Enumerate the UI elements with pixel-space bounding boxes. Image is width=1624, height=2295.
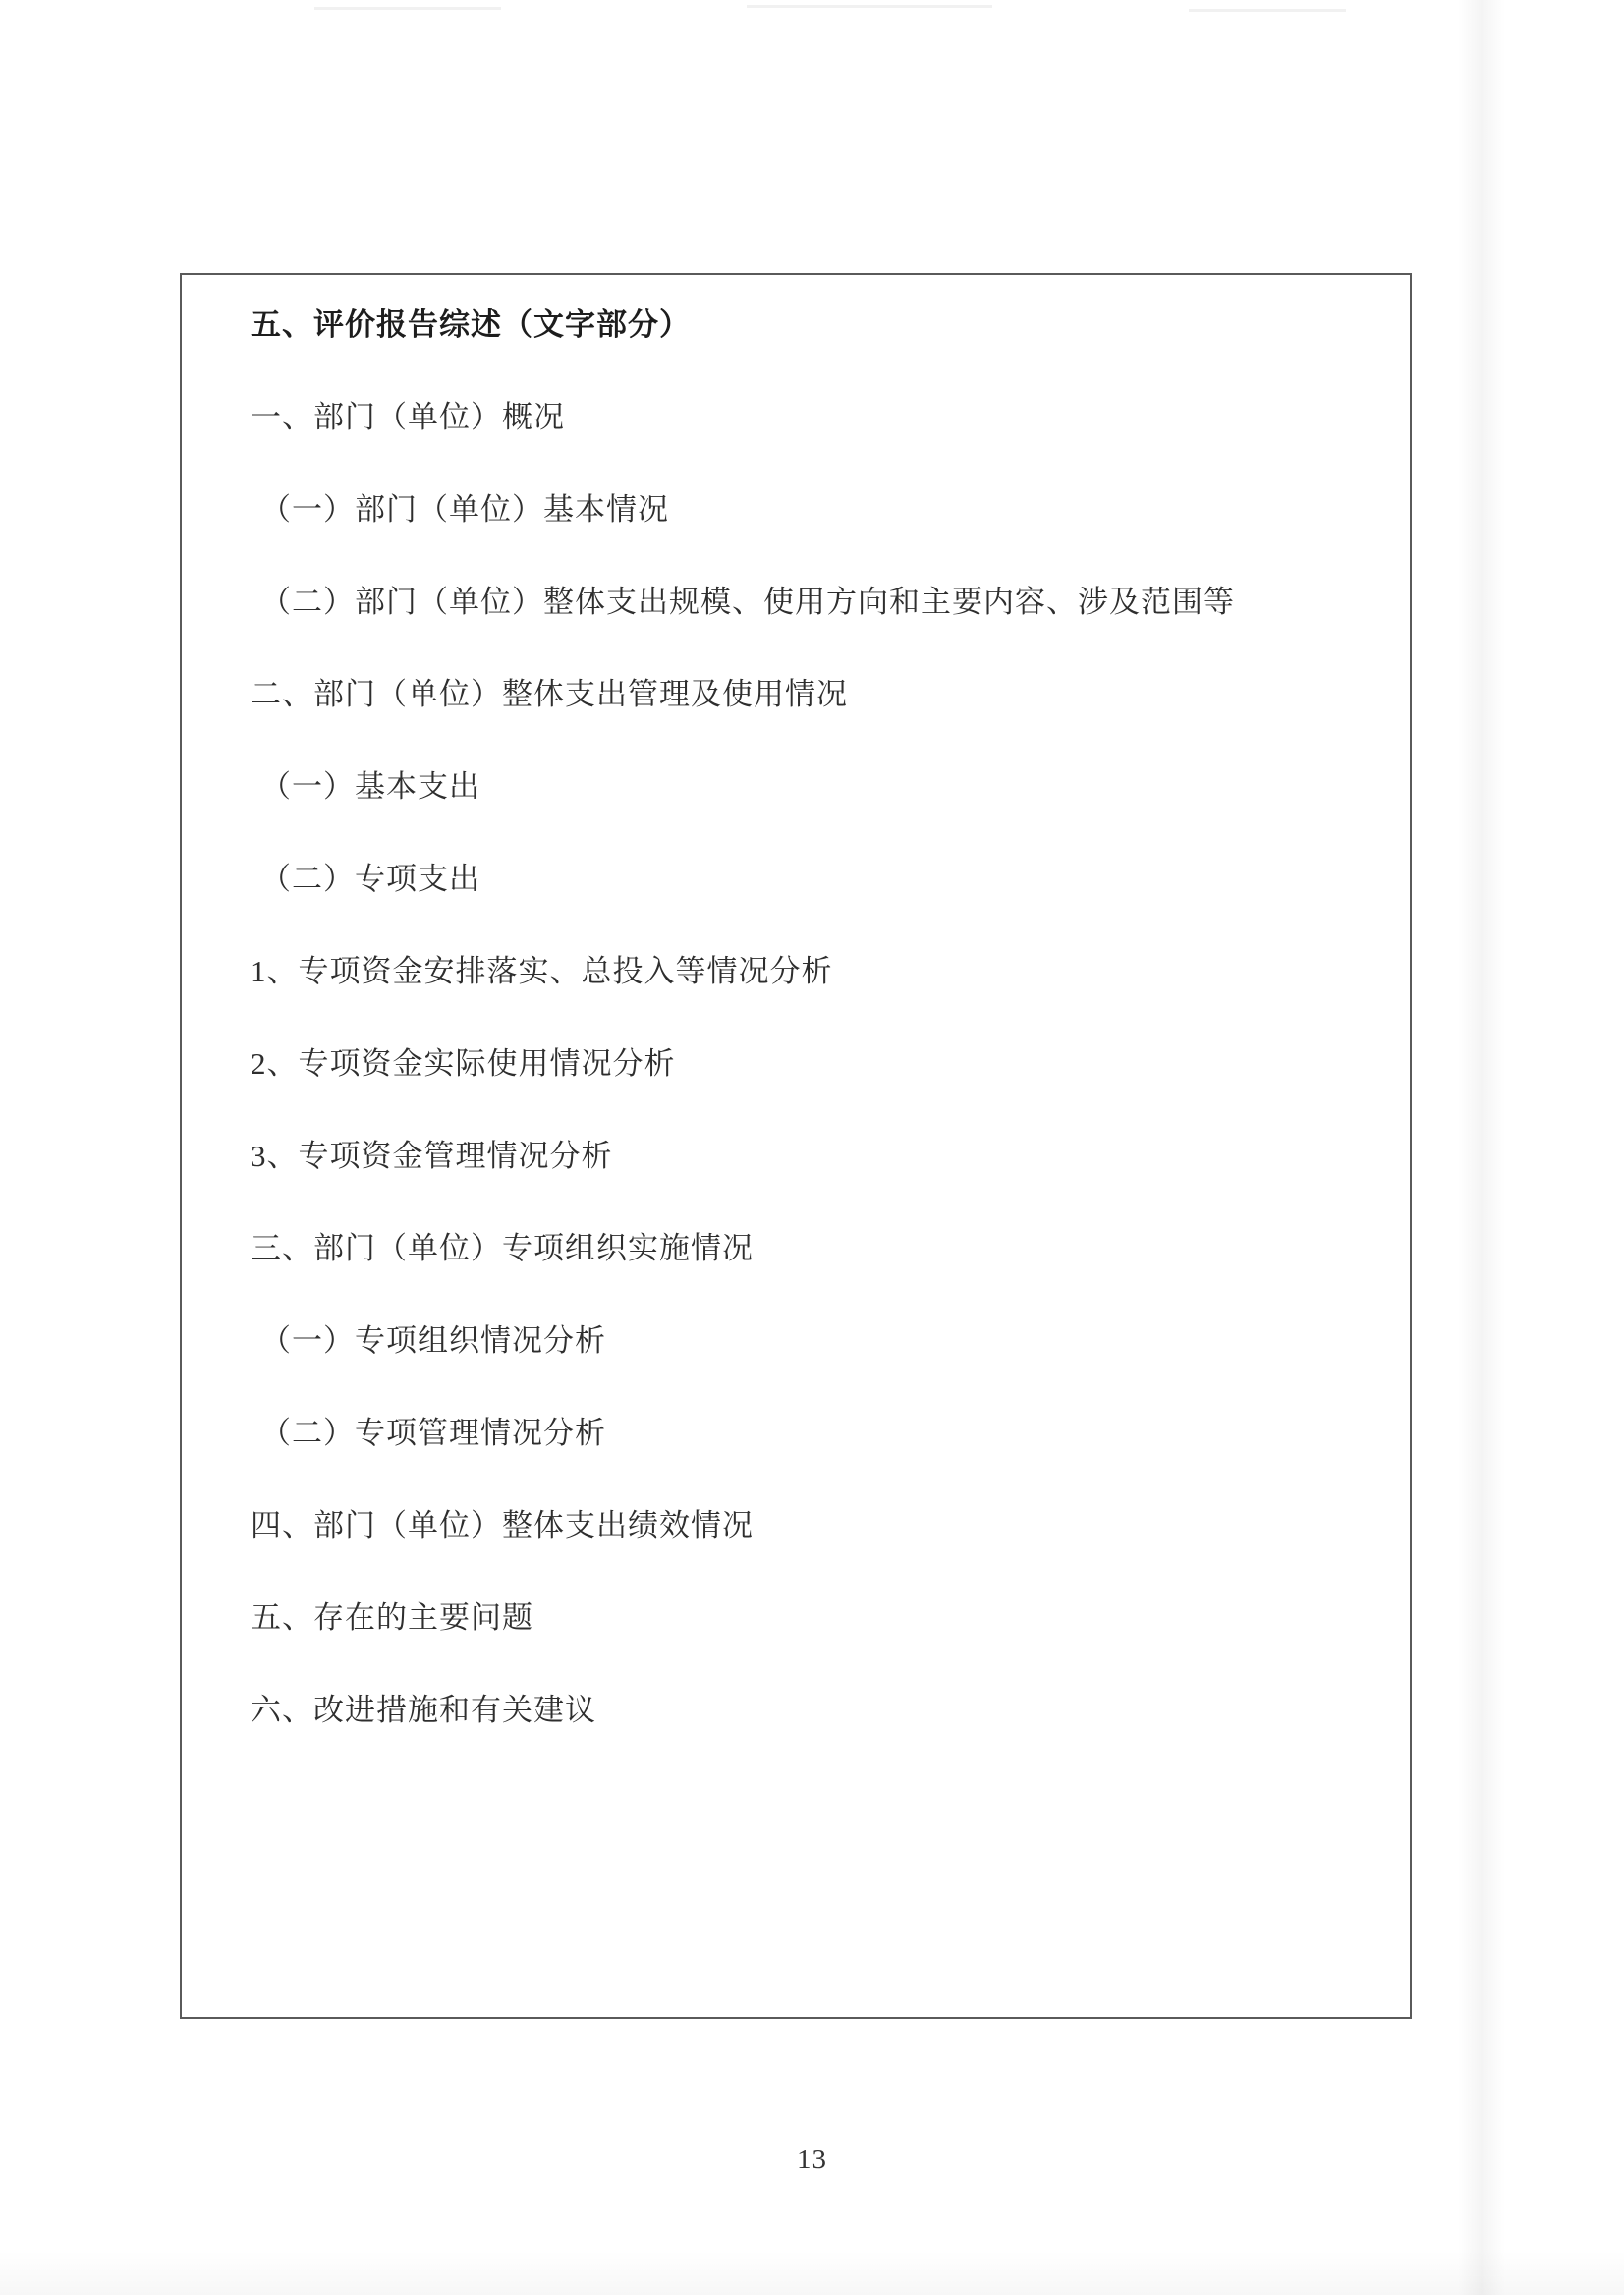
- section-title: 五、评价报告综述（文字部分）: [251, 275, 1384, 367]
- toc-line: （二）专项管理情况分析: [251, 1383, 1384, 1476]
- page-number: 13: [0, 2144, 1624, 2176]
- toc-line: 六、改进措施和有关建议: [251, 1660, 1384, 1753]
- toc-line: 二、部门（单位）整体支出管理及使用情况: [251, 644, 1384, 737]
- report-summary-border-box: 五、评价报告综述（文字部分） 一、部门（单位）概况 （一）部门（单位）基本情况 …: [180, 273, 1412, 2019]
- document-page: 五、评价报告综述（文字部分） 一、部门（单位）概况 （一）部门（单位）基本情况 …: [0, 0, 1624, 2295]
- toc-line: 三、部门（单位）专项组织实施情况: [251, 1199, 1384, 1291]
- scan-artifact: [314, 7, 501, 10]
- scan-artifact-right-band: [1458, 0, 1505, 2295]
- toc-line: 四、部门（单位）整体支出绩效情况: [251, 1476, 1384, 1568]
- toc-line: 一、部门（单位）概况: [251, 367, 1384, 460]
- toc-line: （二）部门（单位）整体支出规模、使用方向和主要内容、涉及范围等: [251, 552, 1384, 644]
- toc-line: （一）部门（单位）基本情况: [251, 460, 1384, 552]
- toc-line: 2、专项资金实际使用情况分析: [251, 1014, 1384, 1106]
- scan-artifact-bottom-band: [0, 2250, 1624, 2295]
- toc-line: 1、专项资金安排落实、总投入等情况分析: [251, 922, 1384, 1014]
- scan-artifact: [1189, 9, 1346, 12]
- scan-artifact: [747, 5, 992, 8]
- toc-line: （一）基本支出: [251, 737, 1384, 829]
- toc-line: （一）专项组织情况分析: [251, 1291, 1384, 1383]
- report-summary-outline: 五、评价报告综述（文字部分） 一、部门（单位）概况 （一）部门（单位）基本情况 …: [251, 275, 1384, 1753]
- toc-line: 五、存在的主要问题: [251, 1568, 1384, 1660]
- toc-line: （二）专项支出: [251, 829, 1384, 922]
- toc-line: 3、专项资金管理情况分析: [251, 1106, 1384, 1199]
